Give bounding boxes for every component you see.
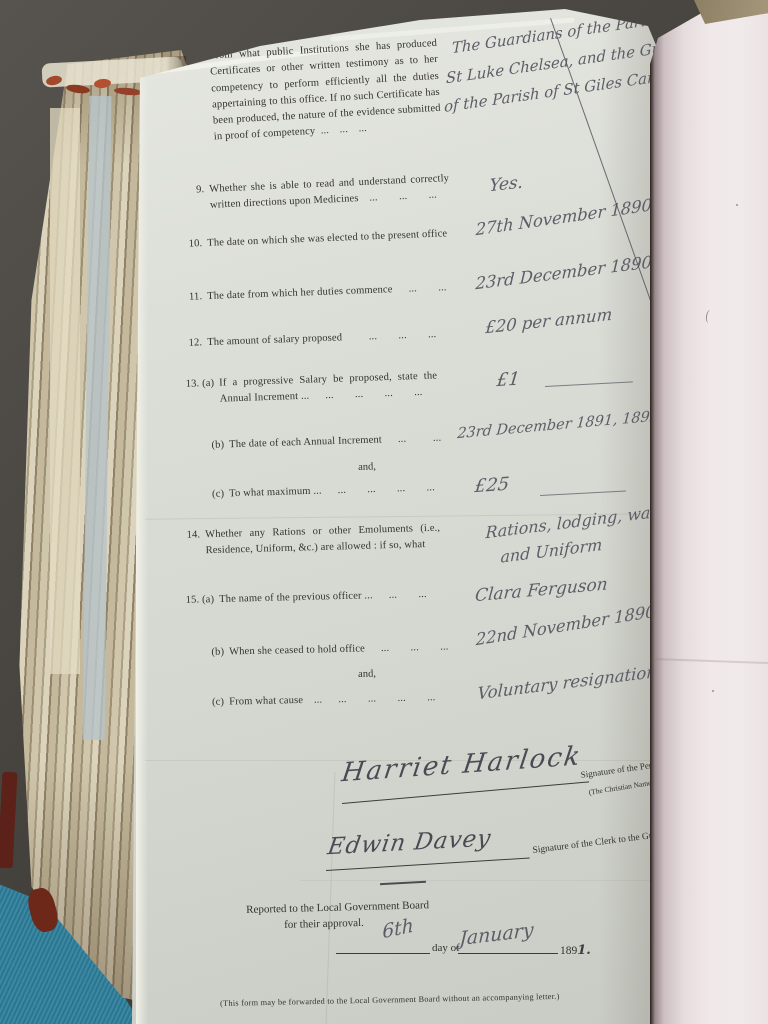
question-text: From what public Institutions she has pr… [209, 36, 442, 146]
answer-15a: Clara Ferguson [474, 574, 608, 606]
question-text: If a progressive Salary be proposed, sta… [219, 368, 438, 408]
question-15b: (b) When she ceased to hold office ... .… [206, 640, 449, 662]
question-11: 11. The date from which her duties comme… [180, 280, 447, 306]
question-14: 14. Whether any Rations or other Emolume… [178, 521, 441, 561]
question-number: 12. [180, 335, 203, 352]
month-blank-line [458, 953, 558, 954]
vertical-crease [326, 772, 336, 1024]
person-signature: Harriet Harlock [340, 741, 584, 788]
reported-line2: for their approval. [284, 917, 364, 931]
question-number: (b) [206, 645, 224, 662]
page-speck [736, 204, 738, 206]
question-number: 9. [184, 182, 205, 215]
reported-line1: Reported to the Local Government Board [246, 899, 429, 916]
opposite-page [650, 0, 768, 1024]
clerk-signature: Edwin Davey [326, 825, 493, 860]
footer-day: 6th [382, 914, 414, 943]
question-text: To what maximum ... ... ... ... ... [229, 480, 435, 502]
page-speck [712, 690, 714, 692]
and-connector: and, [358, 669, 376, 680]
question-8: 8. From what public Institutions she has… [184, 35, 449, 147]
footer-month: January [459, 919, 534, 950]
answer-12: £20 per annum [485, 305, 613, 338]
signature-line [326, 858, 530, 871]
year-prefix: 189 [560, 945, 577, 957]
question-13c: (c) To what maximum ... ... ... ... ... [206, 480, 435, 503]
question-9: 9. Whether she is able to read and under… [184, 171, 455, 216]
question-number: 14. [178, 527, 201, 560]
question-text: When she ceased to hold office ... ... .… [229, 640, 449, 661]
question-13a: 13. (a) If a progressive Salary be propo… [178, 368, 441, 409]
question-number: 15. (a) [178, 592, 214, 609]
question-number: (b) [206, 437, 225, 454]
question-text: The date on which she was elected to the… [207, 226, 448, 252]
day-of-label: day of [432, 942, 460, 954]
answer-9: Yes. [489, 172, 524, 196]
answer-13a: £1 [496, 368, 521, 391]
horizontal-crease [300, 880, 660, 881]
question-text: The date from which her duties commence … [207, 280, 447, 305]
question-text: Whether any Rations or other Emoluments … [205, 521, 441, 560]
question-10: 10. The date on which she was elected to… [180, 226, 448, 253]
question-number: (c) [206, 695, 224, 712]
question-number: 13. (a) [178, 376, 215, 410]
maroon-cover-strip [0, 772, 18, 869]
cream-band [50, 108, 80, 674]
question-text: The amount of salary proposed ... ... ..… [207, 327, 437, 351]
fine-print: (This form may be forwarded to the Local… [220, 992, 560, 1008]
question-13b: (b) The date of each Annual Increment ..… [206, 431, 442, 455]
question-number: 11. [180, 289, 203, 306]
question-text: The date of each Annual Increment ... ..… [229, 431, 442, 454]
question-number: 8. [184, 49, 209, 148]
question-15c: (c) From what cause ... ... ... ... ... [206, 690, 436, 711]
pencil-dash [380, 881, 426, 885]
question-12: 12. The amount of salary proposed ... ..… [180, 327, 437, 352]
footer-year: 1891. [560, 941, 591, 959]
question-number: 10. [180, 236, 203, 253]
photo-of-register-book: 8. From what public Institutions she has… [0, 0, 768, 1024]
date-blank-line [336, 953, 430, 954]
question-15a: 15. (a) The name of the previous officer… [178, 587, 427, 609]
question-text: The name of the previous officer ... ...… [219, 587, 427, 608]
year-digit: 1. [577, 943, 591, 958]
and-connector: and, [358, 461, 376, 473]
question-number: (c) [206, 486, 224, 503]
answer-13c: £25 [474, 474, 511, 498]
question-text: Whether she is able to read and understa… [209, 171, 450, 214]
question-text: From what cause ... ... ... ... ... [229, 690, 436, 711]
